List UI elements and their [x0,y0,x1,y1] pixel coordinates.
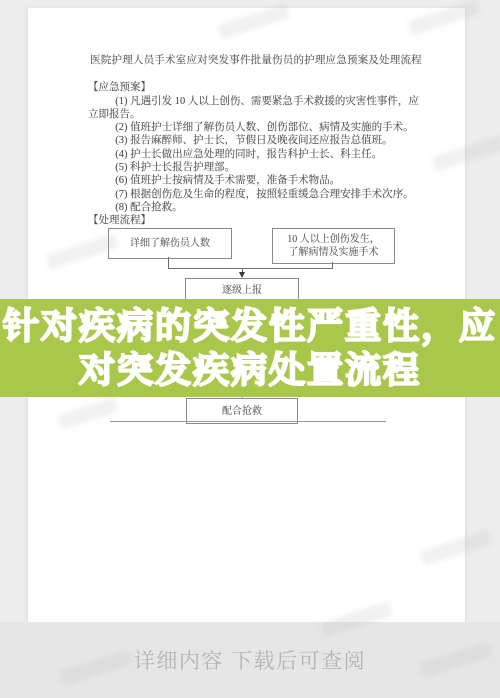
flowchart-box-label: 逐级上报 [222,284,262,297]
plan-item: (1) 凡遇引发 10 人以上创伤、需要紧急手术救援的灾害性事件，应立即报告。 [88,95,424,122]
flowchart-box-label-line2: 了解病情及实施手术 [289,247,379,258]
flowchart-box-label: 配合抢救 [222,405,262,418]
flowchart-connector-line [110,421,386,422]
plan-item: (3) 报告麻醉师、护士长，节假日及晚夜间还应报告总值班。 [88,134,424,147]
plan-item: (6) 值班护士按病情及手术需要，准备手术物品。 [88,174,424,187]
plan-item: (4) 护士长做出应急处理的同时，报告科护士长、科主任。 [88,148,424,161]
document-text-block: 医院护理人员手术室应对突发事件批量伤员的护理应急预案及处理流程 【应急预案】 (… [88,46,424,228]
section-header-process-flow: 【处理流程】 [88,214,424,227]
plan-item: (2) 值班护士详细了解伤员人数、创伤部位、病情及实施的手术。 [88,121,424,134]
headline-line-2: 对突发疾病处置流程 [79,348,421,392]
section-header-emergency-plan: 【应急预案】 [88,81,424,94]
document-title: 医院护理人员手术室应对突发事件批量伤员的护理应急预案及处理流程 [88,54,424,67]
document-preview-screen: { "doc": { "title": "医院护理人员手术室应对突发事件批量伤员… [0,0,500,698]
flowchart-connector-line [168,268,333,269]
footer-bar: 详细内容 下载后可查阅 [0,622,500,698]
headline-line-1: 针对疾病的突发性严重性，应 [3,304,497,348]
flowchart-box-label: 10 人以上创伤发生， 了解病情及实施手术 [287,233,380,259]
plan-item: (5) 科护士长报告护理部。 [88,161,424,174]
flowchart-box-mass-casualty-event: 10 人以上创伤发生， 了解病情及实施手术 [272,228,395,264]
flowchart-box-know-casualty-count: 详细了解伤员人数 [108,228,232,259]
plan-item: (8) 配合抢救。 [88,201,424,214]
flowchart-box-label: 详细了解伤员人数 [130,237,210,250]
footer-hint-text: 详细内容 下载后可查阅 [134,645,366,675]
flowchart-box-label-line1: 10 人以上创伤发生， [287,234,380,245]
headline-banner: 针对疾病的突发性严重性，应 对突发疾病处置流程 [0,299,500,397]
plan-item: (7) 根据创伤危及生命的程度，按照轻重缓急合理安排手术次序。 [88,188,424,201]
